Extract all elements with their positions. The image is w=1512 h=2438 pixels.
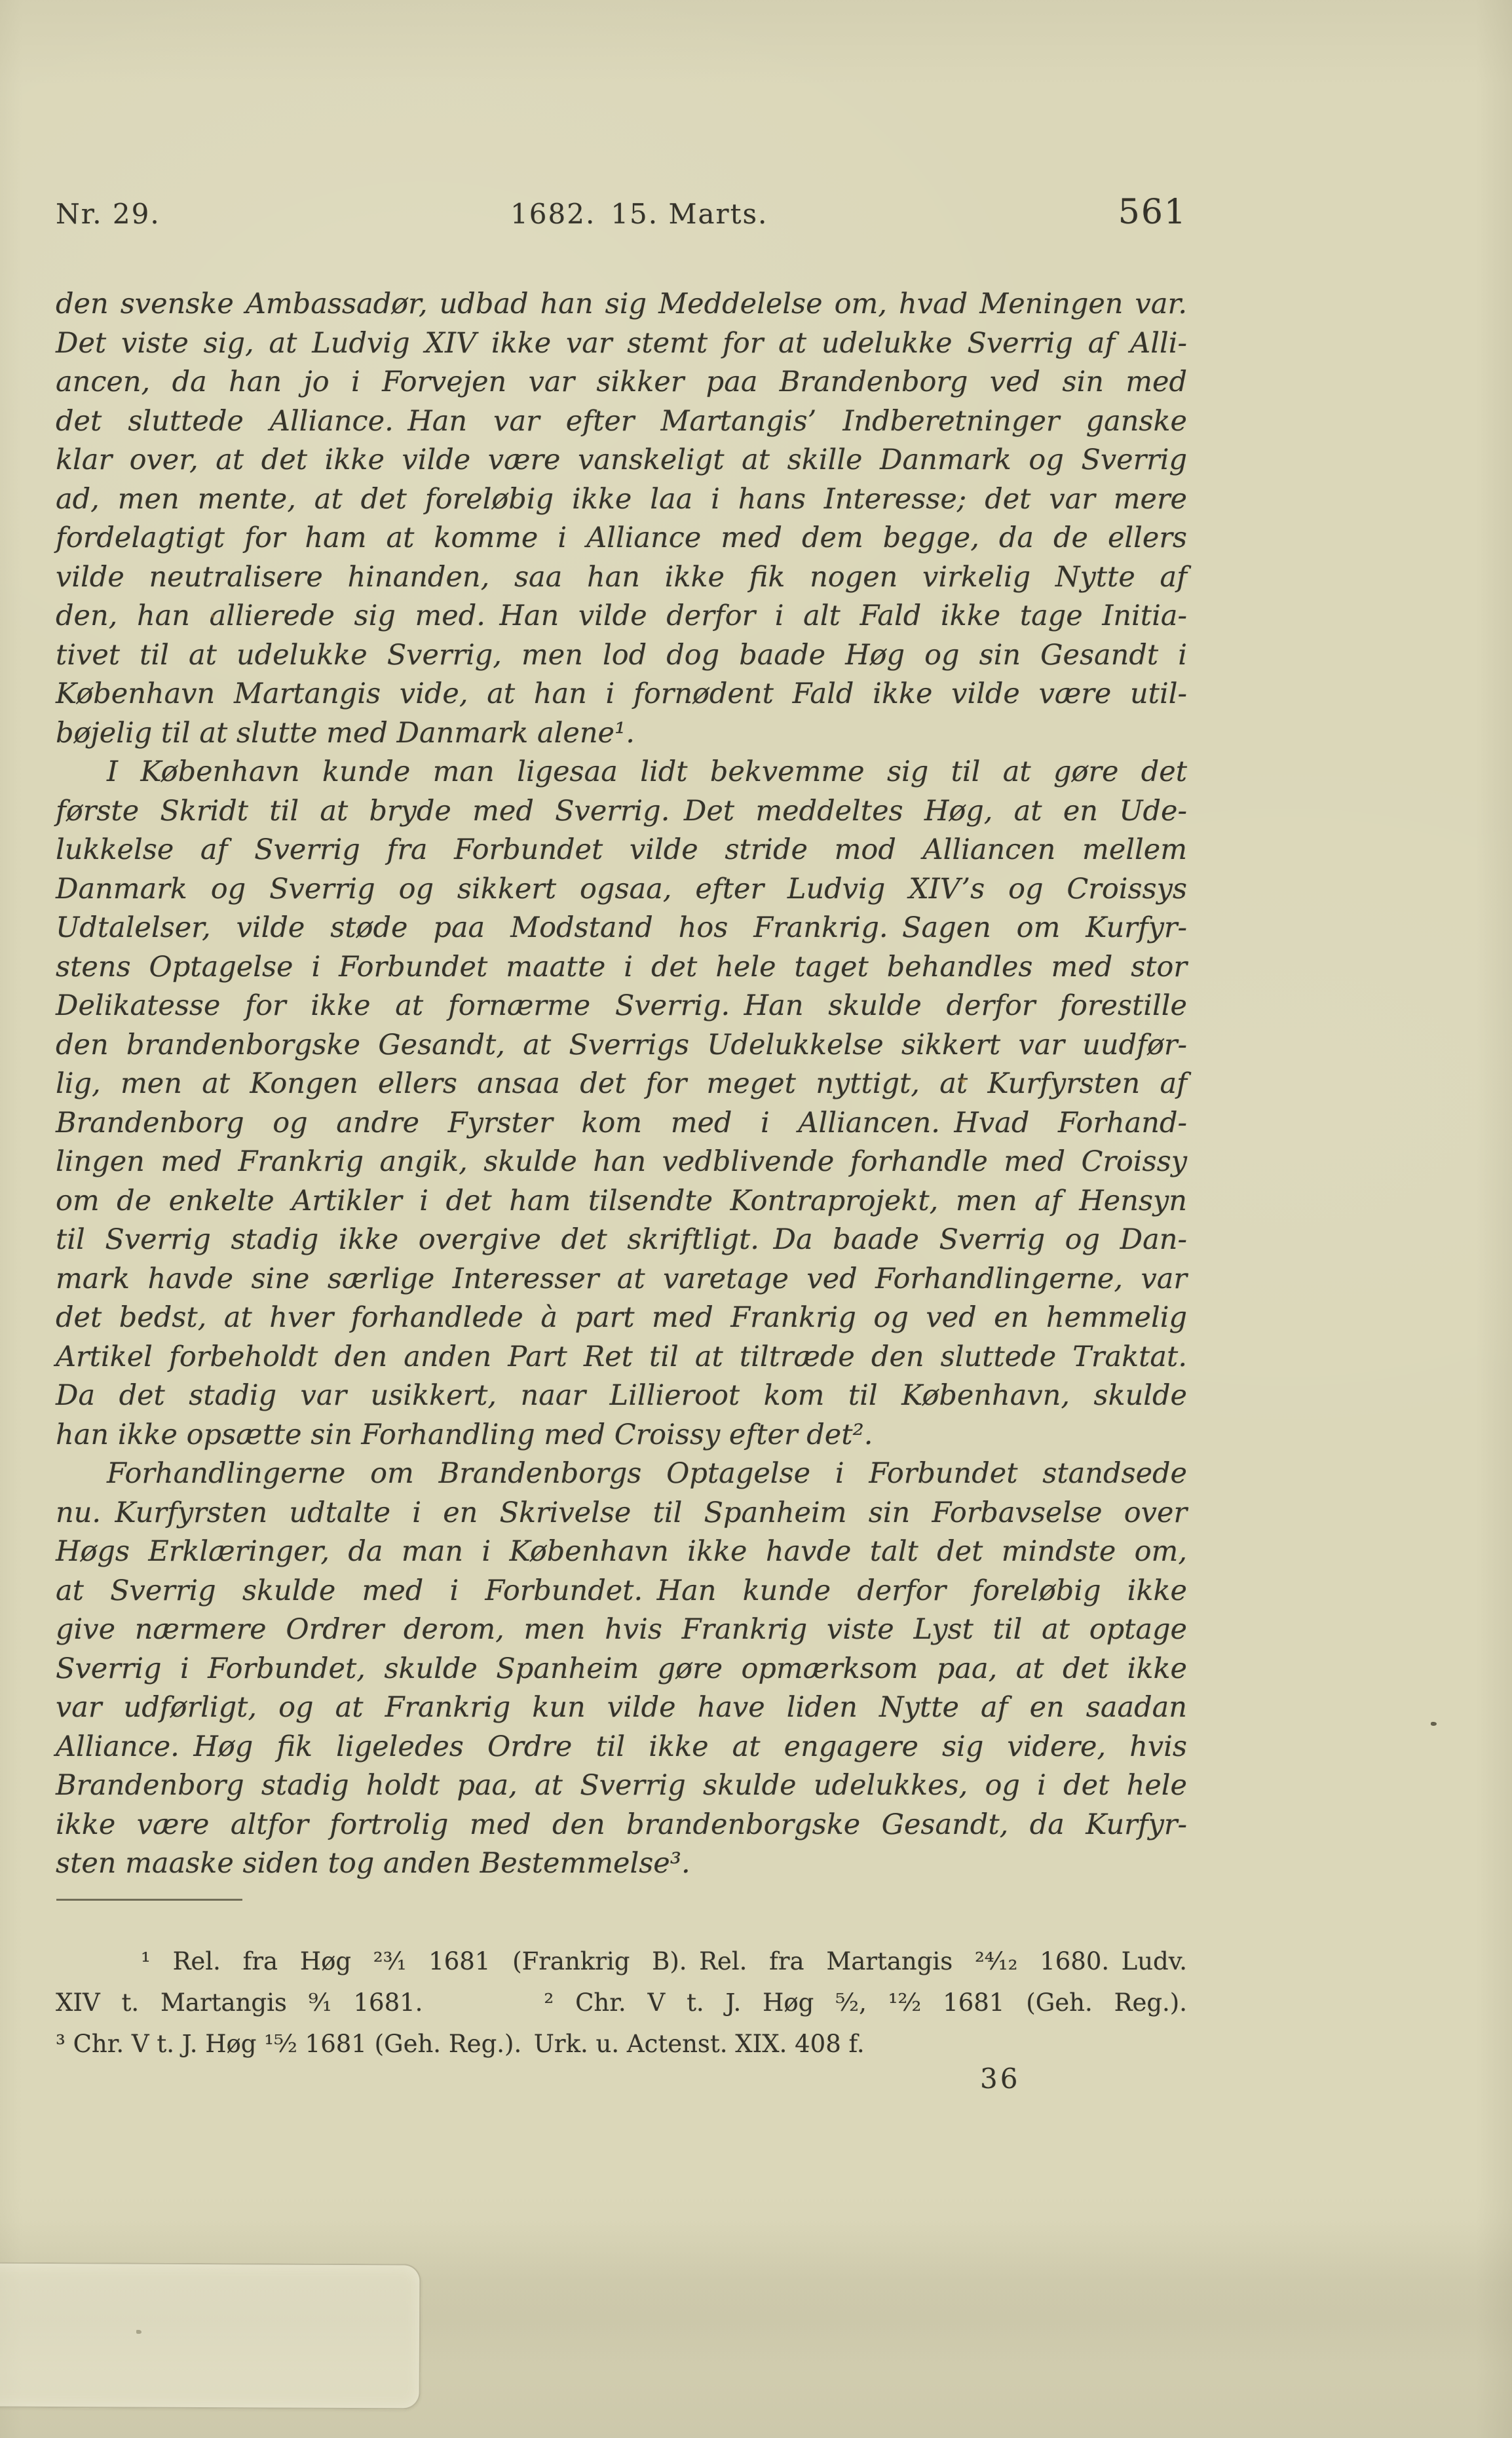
text-line: det bedst, at hver forhandlede à part me… xyxy=(56,1299,1187,1338)
text-line: nu. Kurfyrsten udtalte i en Skrivelse ti… xyxy=(56,1494,1187,1533)
ink-speck xyxy=(960,1078,965,1083)
ink-speck xyxy=(211,615,215,618)
text-line: Sverrig i Forbundet, skulde Spanheim gør… xyxy=(56,1650,1187,1689)
text-line: tivet til at udelukke Sverrig, men lod d… xyxy=(56,636,1187,676)
footnote-line: ¹ Rel. fra Høg ²³⁄₁ 1681 (Frankrig B). R… xyxy=(56,1941,1187,1982)
text-line: den, han allierede sig med. Han vilde de… xyxy=(56,597,1187,636)
text-line: mark havde sine særlige Interesser at va… xyxy=(56,1260,1187,1299)
text-line: Forhandlingerne om Brandenborgs Optagels… xyxy=(56,1455,1187,1494)
footnotes: ¹ Rel. fra Høg ²³⁄₁ 1681 (Frankrig B). R… xyxy=(56,1941,1187,2065)
text-line: ancen, da han jo i Forvejen var sikker p… xyxy=(56,363,1187,402)
ink-speck xyxy=(136,2330,142,2334)
text-line: han ikke opsætte sin Forhandling med Cro… xyxy=(56,1416,1187,1455)
text-line: vilde neutralisere hinanden, saa han ikk… xyxy=(56,558,1187,598)
paper-edge-artifact xyxy=(0,2262,421,2410)
text-line: om de enkelte Artikler i det ham tilsend… xyxy=(56,1182,1187,1221)
text-line: var udførligt, og at Frankrig kun vilde … xyxy=(56,1688,1187,1728)
ink-speck xyxy=(1431,1722,1437,1726)
text-line: Delikatesse for ikke at fornærme Sverrig… xyxy=(56,987,1187,1026)
text-line: ikke være altfor fortrolig med den brand… xyxy=(56,1806,1187,1845)
text-line: stens Optagelse i Forbundet maatte i det… xyxy=(56,948,1187,987)
document-number: Nr. 29. xyxy=(56,198,161,230)
text-line: klar over, at det ikke vilde være vanske… xyxy=(56,441,1187,480)
text-line: Da det stadig var usikkert, naar Lillier… xyxy=(56,1377,1187,1416)
page-header: Nr. 29. 1682. 15. Marts. 561 xyxy=(56,193,1187,232)
footnote-line: XIV t. Martangis ⁹⁄₁ 1681. ² Chr. V t. J… xyxy=(56,1982,1187,2023)
text-line: at Sverrig skulde med i Forbundet. Han k… xyxy=(56,1572,1187,1611)
text-line: København Martangis vide, at han i fornø… xyxy=(56,675,1187,714)
text-line: give nærmere Ordrer derom, men hvis Fran… xyxy=(56,1610,1187,1650)
footnote-line: ³ Chr. V t. J. Høg ¹⁵⁄₂ 1681 (Geh. Reg.)… xyxy=(56,2023,1187,2065)
text-line: den brandenborgske Gesandt, at Sverrigs … xyxy=(56,1026,1187,1065)
text-line: Høgs Erklæringer, da man i København ikk… xyxy=(56,1533,1187,1572)
text-line: den svenske Ambassadør, udbad han sig Me… xyxy=(56,285,1187,324)
text-line: fordelagtigt for ham at komme i Alliance… xyxy=(56,519,1187,558)
text-line: Udtalelser, vilde støde paa Modstand hos… xyxy=(56,909,1187,948)
text-line: til Sverrig stadig ikke overgive det skr… xyxy=(56,1221,1187,1260)
text-line: bøjelig til at slutte med Danmark alene¹… xyxy=(56,714,1187,753)
text-line: Alliance. Høg fik ligeledes Ordre til ik… xyxy=(56,1728,1187,1767)
text-line: Brandenborg og andre Fyrster kom med i A… xyxy=(56,1104,1187,1143)
text-line: Artikel forbeholdt den anden Part Ret ti… xyxy=(56,1338,1187,1377)
footnote-separator xyxy=(56,1899,242,1901)
text-line: Brandenborg stadig holdt paa, at Sverrig… xyxy=(56,1766,1187,1806)
text-line: Det viste sig, at Ludvig XIV ikke var st… xyxy=(56,324,1187,364)
text-line: første Skridt til at bryde med Sverrig. … xyxy=(56,792,1187,831)
text-line: lig, men at Kongen ellers ansaa det for … xyxy=(56,1065,1187,1104)
date-heading: 1682. 15. Marts. xyxy=(510,198,768,230)
book-page: Nr. 29. 1682. 15. Marts. 561 den svenske… xyxy=(0,0,1512,2438)
text-line: det sluttede Alliance. Han var efter Mar… xyxy=(56,402,1187,442)
text-line: lukkelse af Sverrig fra Forbundet vilde … xyxy=(56,831,1187,870)
text-line: I København kunde man ligesaa lidt bekve… xyxy=(56,753,1187,792)
signature-mark: 36 xyxy=(980,2063,1020,2095)
body-text: den svenske Ambassadør, udbad han sig Me… xyxy=(56,285,1187,1884)
text-line: sten maaske siden tog anden Bestemmelse³… xyxy=(56,1844,1187,1884)
text-line: ad, men mente, at det foreløbig ikke laa… xyxy=(56,480,1187,520)
page-number: 561 xyxy=(1118,193,1187,232)
text-line: Danmark og Sverrig og sikkert ogsaa, eft… xyxy=(56,870,1187,909)
text-line: lingen med Frankrig angik, skulde han ve… xyxy=(56,1143,1187,1182)
